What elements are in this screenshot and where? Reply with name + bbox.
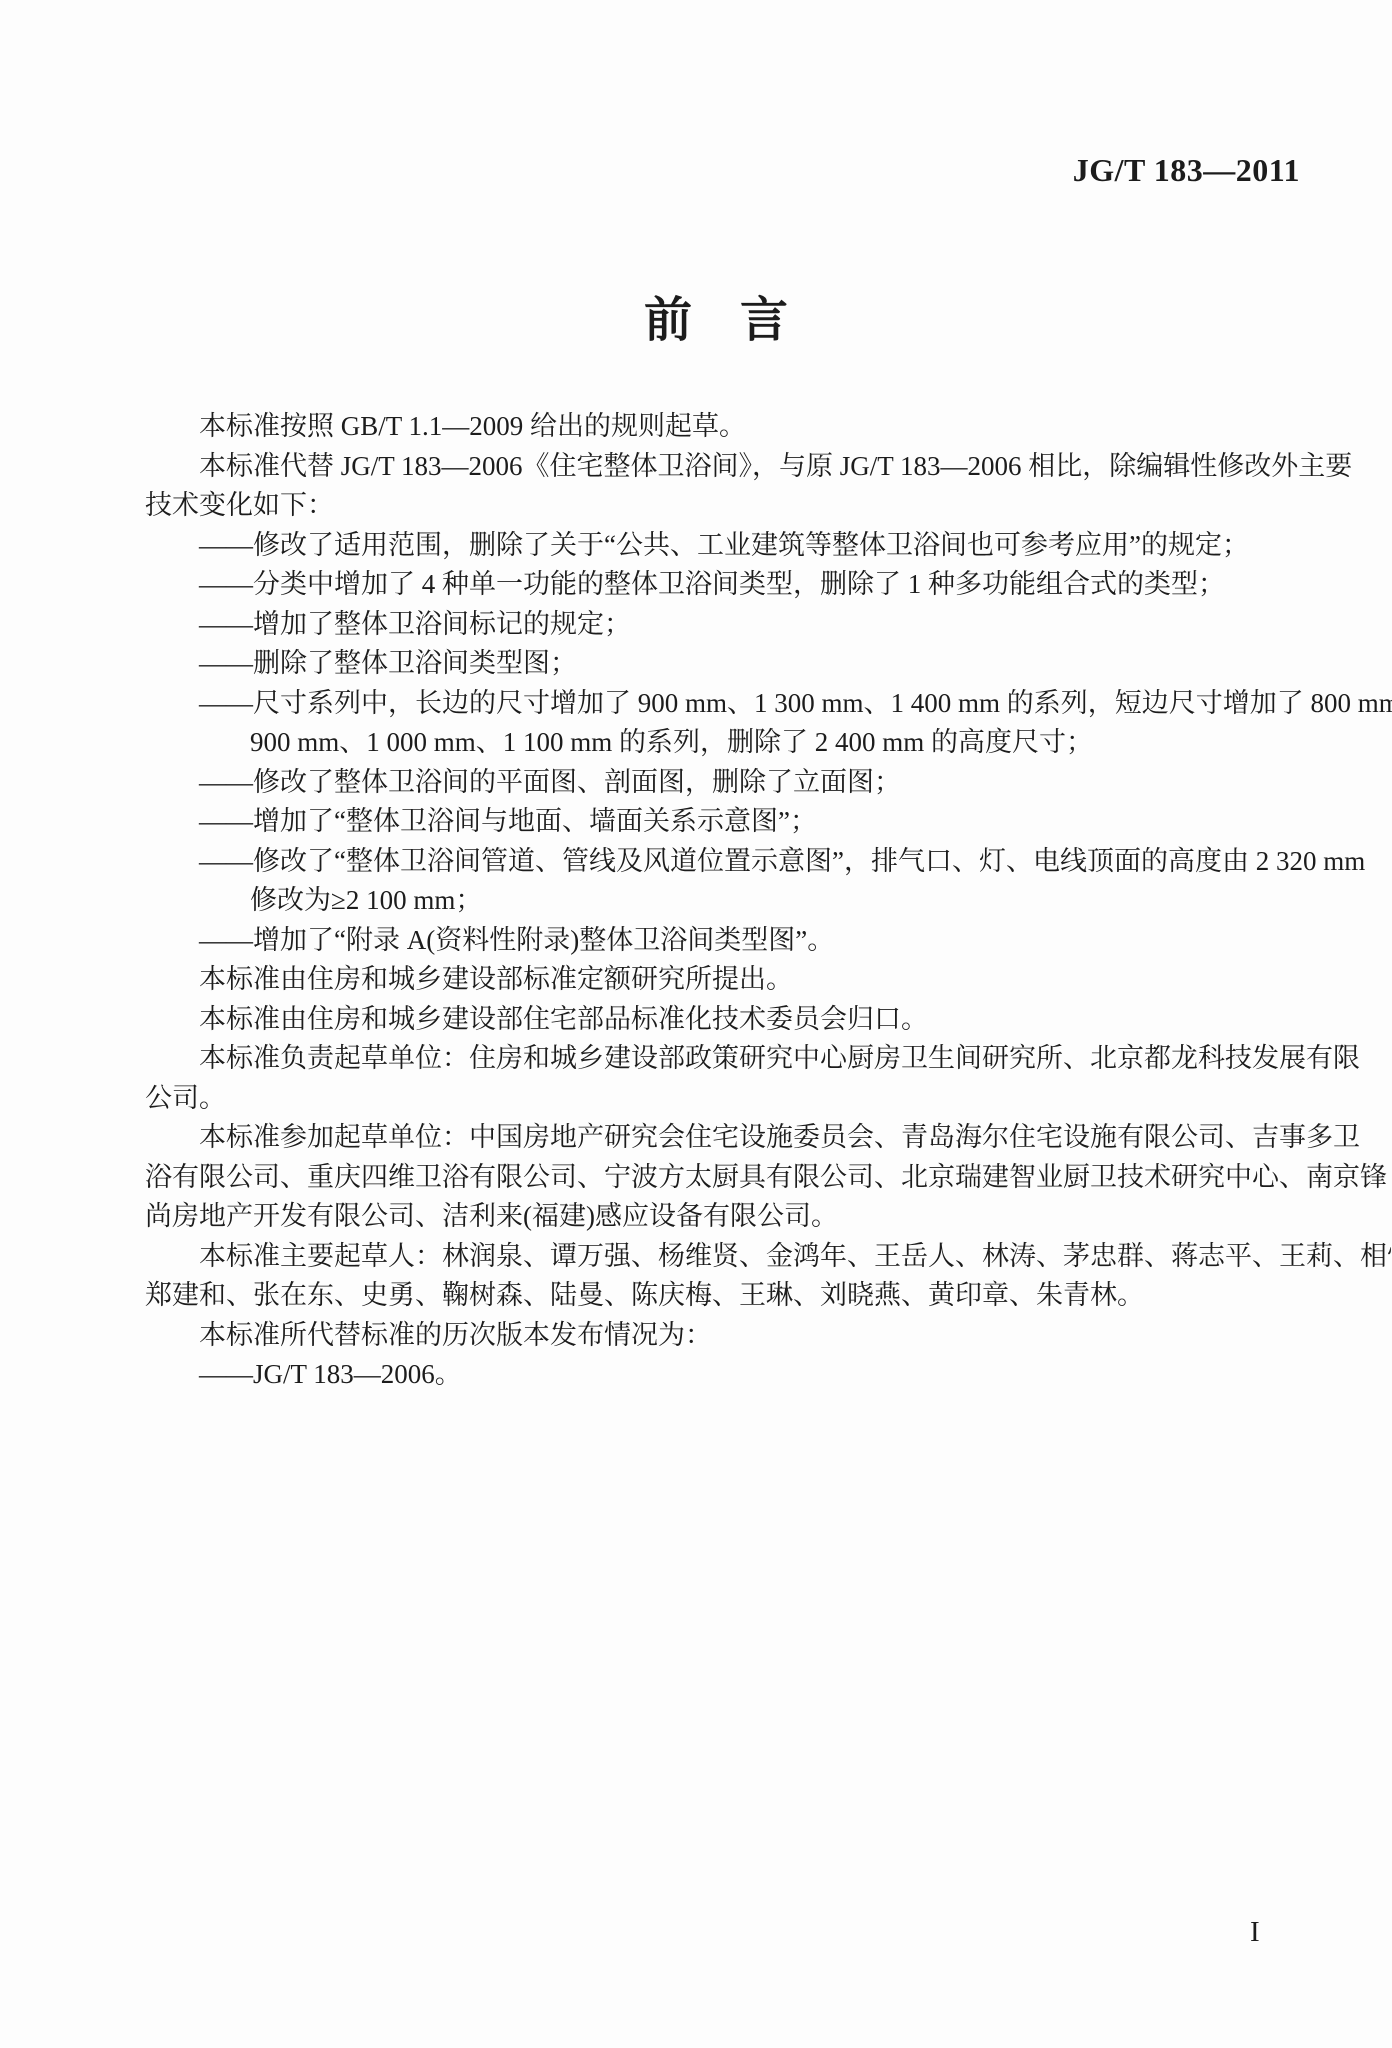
body-line: 本标准由住房和城乡建设部住宅部品标准化技术委员会归口。 (145, 1000, 1335, 1040)
body-line: ——修改了整体卫浴间的平面图、剖面图，删除了立面图； (145, 763, 1335, 803)
body-line: ——修改了“整体卫浴间管道、管线及风道位置示意图”，排气口、灯、电线顶面的高度由… (145, 842, 1335, 882)
foreword-body: 本标准按照 GB/T 1.1—2009 给出的规则起草。 本标准代替 JG/T … (145, 407, 1335, 1395)
body-line: 郑建和、张在东、史勇、鞠树森、陆曼、陈庆梅、王琳、刘晓燕、黄印章、朱青林。 (145, 1276, 1335, 1316)
page-number: I (1250, 1916, 1260, 1949)
body-line: 本标准代替 JG/T 183—2006《住宅整体卫浴间》，与原 JG/T 183… (145, 447, 1335, 487)
body-line: 修改为≥2 100 mm； (145, 881, 1335, 921)
body-line: ——尺寸系列中，长边的尺寸增加了 900 mm、1 300 mm、1 400 m… (145, 684, 1335, 724)
body-line: ——增加了“附录 A(资料性附录)整体卫浴间类型图”。 (145, 921, 1335, 961)
body-line: 本标准所代替标准的历次版本发布情况为： (145, 1316, 1335, 1356)
page-title: 前 言 (40, 281, 1392, 350)
body-line: 浴有限公司、重庆四维卫浴有限公司、宁波方太厨具有限公司、北京瑞建智业厨卫技术研究… (145, 1158, 1335, 1198)
standard-code: JG/T 183—2011 (1073, 152, 1300, 189)
body-line: 本标准负责起草单位：住房和城乡建设部政策研究中心厨房卫生间研究所、北京都龙科技发… (145, 1039, 1335, 1079)
body-line: 本标准主要起草人：林润泉、谭万强、杨维贤、金鸿年、王岳人、林涛、茅忠群、蒋志平、… (145, 1237, 1335, 1277)
body-line: 900 mm、1 000 mm、1 100 mm 的系列，删除了 2 400 m… (145, 723, 1335, 763)
body-line: 本标准按照 GB/T 1.1—2009 给出的规则起草。 (145, 407, 1335, 447)
body-line: ——增加了整体卫浴间标记的规定； (145, 605, 1335, 645)
body-line: 尚房地产开发有限公司、洁利来(福建)感应设备有限公司。 (145, 1197, 1335, 1237)
body-line: ——分类中增加了 4 种单一功能的整体卫浴间类型，删除了 1 种多功能组合式的类… (145, 565, 1335, 605)
body-line: ——JG/T 183—2006。 (145, 1355, 1335, 1395)
body-line: 公司。 (145, 1079, 1335, 1119)
body-line: ——删除了整体卫浴间类型图； (145, 644, 1335, 684)
body-line: 技术变化如下： (145, 486, 1335, 526)
document-page: JG/T 183—2011 前 言 本标准按照 GB/T 1.1—2009 给出… (0, 0, 1392, 2048)
body-line: 本标准参加起草单位：中国房地产研究会住宅设施委员会、青岛海尔住宅设施有限公司、吉… (145, 1118, 1335, 1158)
body-line: ——增加了“整体卫浴间与地面、墙面关系示意图”； (145, 802, 1335, 842)
body-line: ——修改了适用范围，删除了关于“公共、工业建筑等整体卫浴间也可参考应用”的规定； (145, 526, 1335, 566)
body-line: 本标准由住房和城乡建设部标准定额研究所提出。 (145, 960, 1335, 1000)
